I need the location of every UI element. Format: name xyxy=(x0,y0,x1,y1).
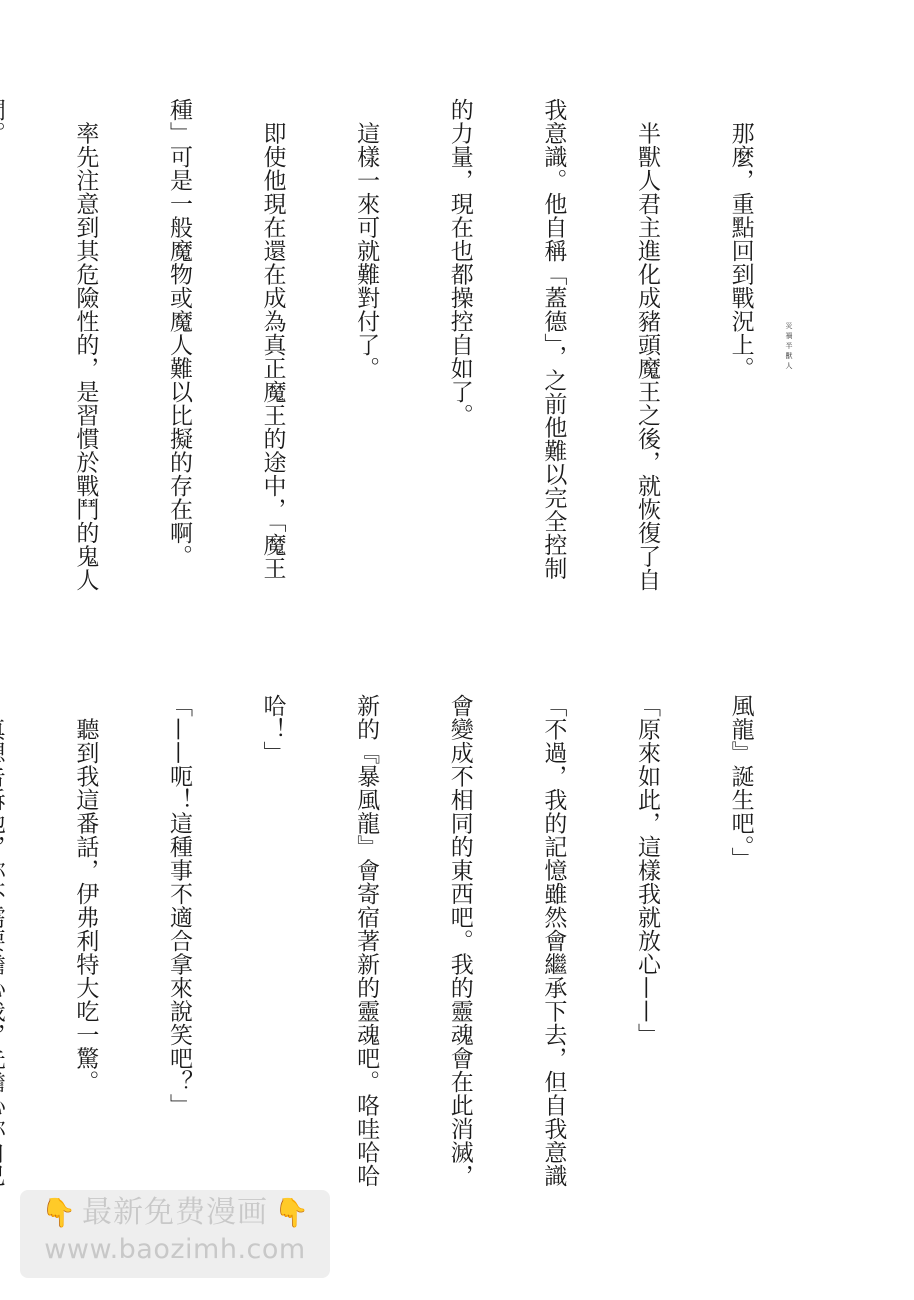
text-line: 率先注意到其危險性的，是習慣於戰鬥的鬼人 xyxy=(69,98,100,638)
text-line: 「——呃！這種事不適合拿來說笑吧？」 xyxy=(163,694,194,1234)
pointing-down-hand-icon: 👇 xyxy=(274,1195,309,1231)
text-line: 那麼，重點回到戰況上。 xyxy=(724,98,755,638)
text-line: 風龍』誕生吧。」 xyxy=(724,694,755,1234)
novel-page: 那麼，重點回到戰況上。 半獸人君主進化成豬頭魔王之後，就恢復了自 我意識。他自稱… xyxy=(0,0,914,1300)
watermark-title: 最新免费漫画 xyxy=(82,1194,268,1232)
text-line: 半獸人君主進化成豬頭魔王之後，就恢復了自 xyxy=(631,98,662,638)
text-block-bottom: 風龍』誕生吧。」 「原來如此，這樣我就放心——」 「不過，我的記憶雖然會繼承下去… xyxy=(0,694,818,1234)
text-line: 即使他現在還在成為真正魔王的途中，「魔王 xyxy=(256,98,287,638)
ruby-annotation: 災禍半獸人 xyxy=(785,322,793,372)
text-line: 「不過，我的記憶雖然會繼承下去，但自我意識 xyxy=(537,694,568,1234)
text-line: 我意識。他自稱「蓋德」，之前他難以完全控制 xyxy=(537,98,568,638)
pointing-down-hand-icon: 👇 xyxy=(41,1195,76,1231)
text-line: 這樣一來可就難對付了。 xyxy=(350,98,381,638)
text-line: 真想告訴他，你不需要擔心我，先擔心你自己 xyxy=(0,694,7,1234)
text-line: 的力量，現在也都操控自如了。 xyxy=(444,98,475,638)
watermark-banner[interactable]: 👇 最新免费漫画 👇 www.baozimh.com xyxy=(20,1190,330,1278)
watermark-title-row: 👇 最新免费漫画 👇 xyxy=(20,1194,330,1232)
text-line: 新的『暴風龍』會寄宿著新的靈魂吧。咯哇哈哈 xyxy=(350,694,381,1234)
text-block-top: 那麼，重點回到戰況上。 半獸人君主進化成豬頭魔王之後，就恢復了自 我意識。他自稱… xyxy=(0,98,818,638)
text-line: 「原來如此，這樣我就放心——」 xyxy=(631,694,662,1234)
text-line: 聽到我這番話，伊弗利特大吃一驚。 xyxy=(69,694,100,1234)
text-line: 哈！」 xyxy=(256,694,287,1234)
text-line: 們。 xyxy=(0,98,7,638)
text-line: 種」可是一般魔物或魔人難以比擬的存在啊。 xyxy=(163,98,194,638)
watermark-url-link[interactable]: www.baozimh.com xyxy=(20,1232,330,1268)
text-line: 會變成不相同的東西吧。我的靈魂會在此消滅， xyxy=(444,694,475,1234)
